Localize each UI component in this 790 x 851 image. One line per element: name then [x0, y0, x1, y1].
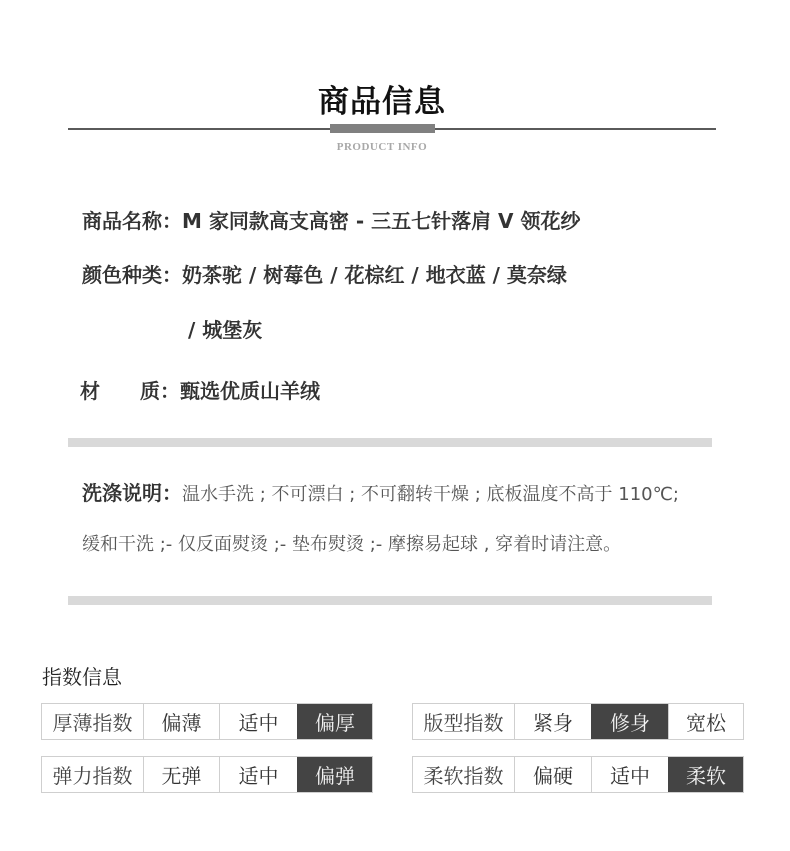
info-row-material: 材 质：甄选优质山羊绒 [80, 375, 320, 404]
index-option-selected: 柔软 [668, 757, 743, 792]
index-label: 弹力指数 [42, 757, 143, 792]
section-divider [68, 438, 712, 447]
index-option: 偏硬 [514, 757, 591, 792]
index-table-elasticity: 弹力指数 无弹 适中 偏弹 [41, 756, 373, 793]
wash-instructions-line-2: 缓和干洗 ;- 仅反面熨烫 ;- 垫布熨烫 ;- 摩擦易起球 , 穿着时请注意。 [82, 530, 621, 556]
index-table-thickness: 厚薄指数 偏薄 适中 偏厚 [41, 703, 373, 740]
index-option: 适中 [219, 704, 297, 739]
title-divider-bar [330, 124, 435, 133]
index-option: 紧身 [514, 704, 591, 739]
index-option-selected: 偏厚 [297, 704, 372, 739]
wash-text: 温水手洗 ; 不可漂白 ; 不可翻转干燥 ; 底板温度不高于 110℃; [182, 484, 679, 505]
index-label: 厚薄指数 [42, 704, 143, 739]
index-section-title: 指数信息 [42, 661, 122, 690]
index-option-selected: 偏弹 [297, 757, 372, 792]
section-divider [68, 596, 712, 605]
info-value: 奶茶驼 / 树莓色 / 花棕红 / 地衣蓝 / 莫奈绿 [182, 263, 567, 287]
wash-instructions-line-1: 洗涤说明：温水手洗 ; 不可漂白 ; 不可翻转干燥 ; 底板温度不高于 110℃… [82, 477, 679, 506]
info-label: 材 质： [80, 379, 180, 403]
index-table-softness: 柔软指数 偏硬 适中 柔软 [412, 756, 744, 793]
info-value: / 城堡灰 [188, 318, 262, 342]
info-row-name: 商品名称：M 家同款高支高密 - 三五七针落肩 V 领花纱 [82, 205, 581, 234]
wash-text: 缓和干洗 ;- 仅反面熨烫 ;- 垫布熨烫 ;- 摩擦易起球 , 穿着时请注意。 [82, 534, 621, 555]
page-subtitle: PRODUCT INFO [0, 141, 764, 153]
index-table-fit: 版型指数 紧身 修身 宽松 [412, 703, 744, 740]
info-label: 商品名称： [82, 209, 182, 233]
page-title: 商品信息 [0, 76, 764, 121]
wash-label: 洗涤说明： [82, 481, 182, 505]
index-option: 适中 [219, 757, 297, 792]
index-label: 柔软指数 [413, 757, 514, 792]
info-value: 甄选优质山羊绒 [180, 379, 320, 403]
info-label: 颜色种类： [82, 263, 182, 287]
index-label: 版型指数 [413, 704, 514, 739]
index-option: 宽松 [668, 704, 743, 739]
index-option: 无弹 [143, 757, 219, 792]
info-row-colors-continued: / 城堡灰 [188, 314, 262, 343]
index-option: 适中 [591, 757, 668, 792]
index-option-selected: 修身 [591, 704, 668, 739]
index-option: 偏薄 [143, 704, 219, 739]
info-row-colors: 颜色种类：奶茶驼 / 树莓色 / 花棕红 / 地衣蓝 / 莫奈绿 [82, 259, 567, 288]
info-value: M 家同款高支高密 - 三五七针落肩 V 领花纱 [182, 209, 581, 233]
